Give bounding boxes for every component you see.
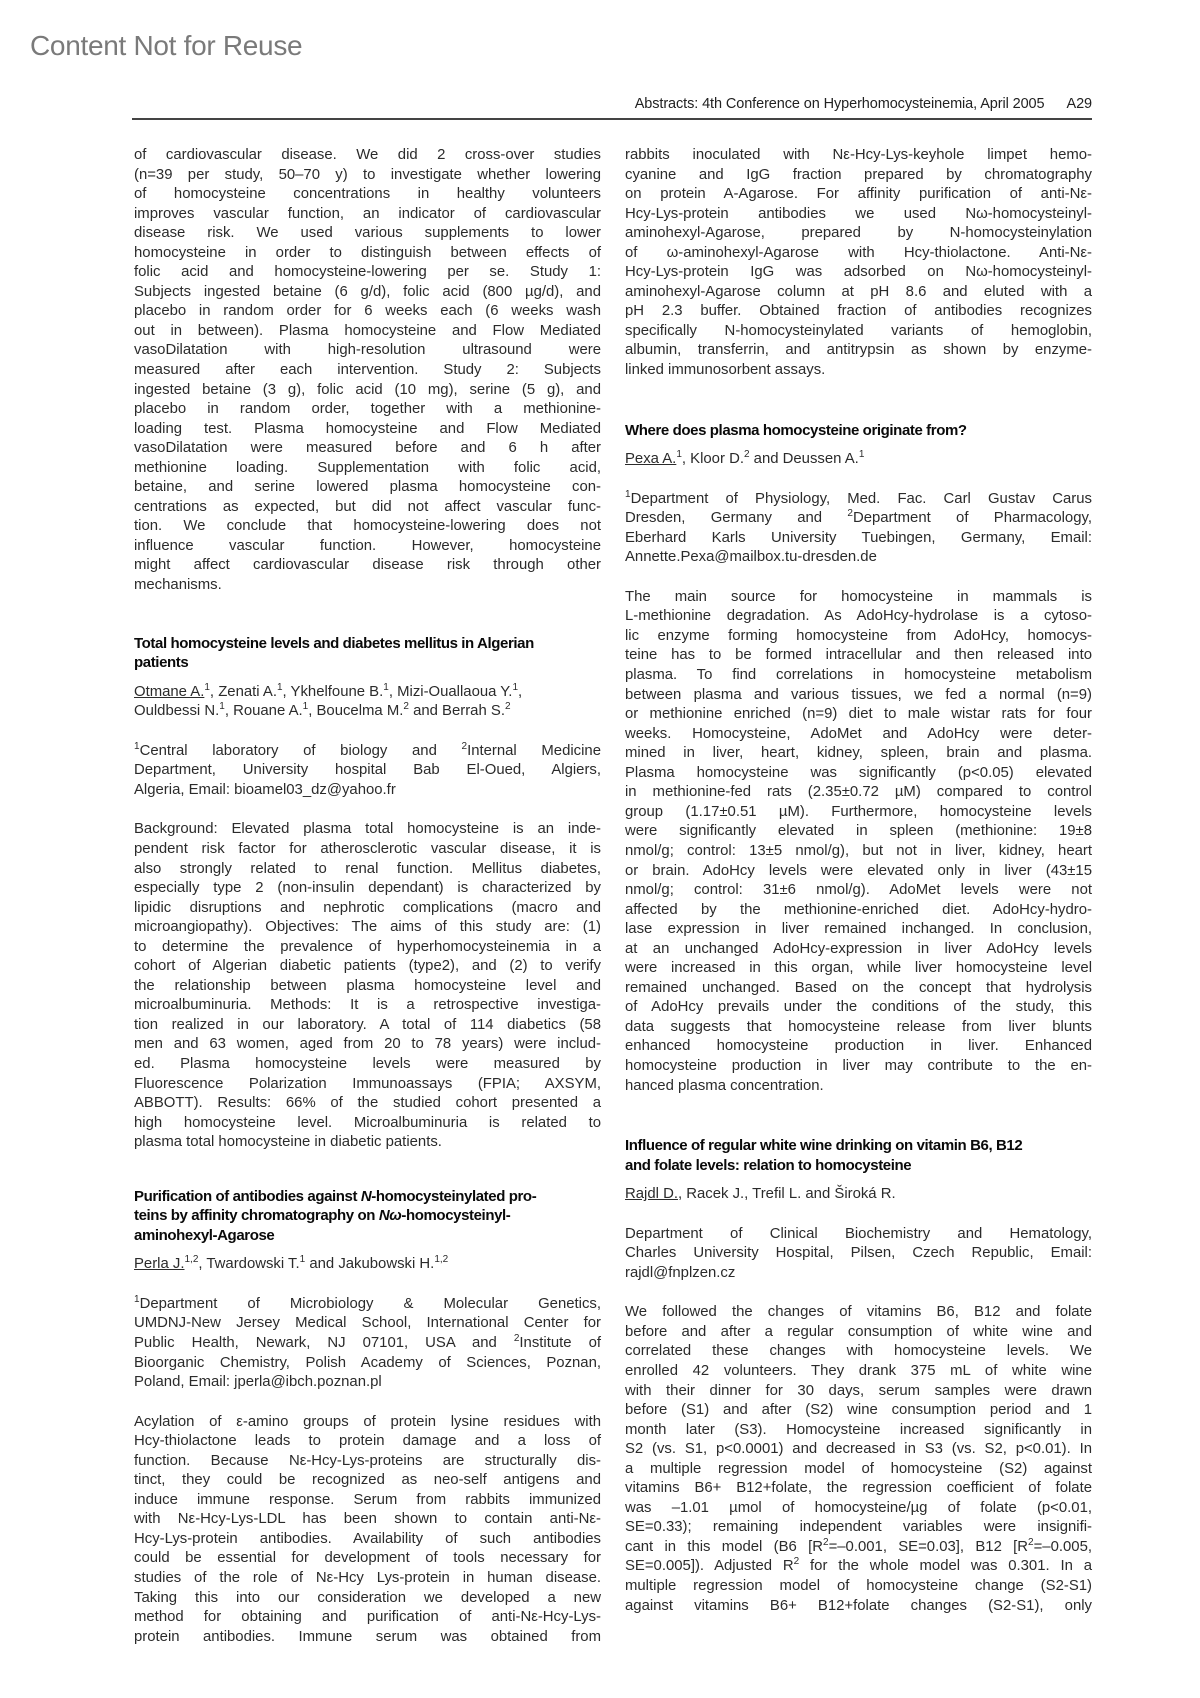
abstract-body: The main source for homocysteine in mamm… <box>625 588 1092 1096</box>
abstract-affiliation: 1Department of Microbiology & Molecular … <box>134 1295 601 1393</box>
text-line: 1Department of Microbiology & Molecular … <box>134 1295 601 1315</box>
text-line: Public Health, Newark, NJ 07101, USA and… <box>134 1334 601 1354</box>
text-line: aminohexyl-Agarose column at pH 8.6 and … <box>625 283 1092 303</box>
text-line: between plasma and various tissues, we f… <box>625 686 1092 706</box>
running-header: Abstracts: 4th Conference on Hyperhomocy… <box>132 96 1092 112</box>
abstract-title: Where does plasma homocysteine originate… <box>625 421 1092 441</box>
presenting-author: Pexa A. <box>625 451 676 467</box>
text-line: induce immune response. Serum from rabbi… <box>134 1491 601 1511</box>
text-line: L-methionine degradation. As AdoHcy-hydr… <box>625 607 1092 627</box>
text-line: Department of Clinical Biochemistry and … <box>625 1225 1092 1245</box>
text-line: of AdoHcy prevails under the conditions … <box>625 998 1092 1018</box>
text-line: or methionine enriched (n=9) diet to mal… <box>625 705 1092 725</box>
text-line: a multiple regression model of homocyste… <box>625 1460 1092 1480</box>
page-number: A29 <box>1067 96 1093 112</box>
text-line: homocysteine production in liver may con… <box>625 1057 1092 1077</box>
text-line: the relationship between plasma homocyst… <box>134 977 601 997</box>
text-line: affected by the methionine-enriched diet… <box>625 901 1092 921</box>
text-line: tion realized in our laboratory. A total… <box>134 1016 601 1036</box>
text-line: influence vascular function. However, ho… <box>134 537 601 557</box>
text-line: rabbits inoculated with Nε-Hcy-Lys-keyho… <box>625 146 1092 166</box>
text-line: method for obtaining and purification of… <box>134 1608 601 1628</box>
text-line: protein antibodies. Immune serum was obt… <box>134 1628 601 1648</box>
text-line: loading test. Plasma homocysteine and Fl… <box>134 420 601 440</box>
text-line: Poland, Email: jperla@ibch.poznan.pl <box>134 1373 601 1393</box>
text-line: especially type 2 (non-insulin dependant… <box>134 879 601 899</box>
presenting-author: Perla J. <box>134 1256 184 1272</box>
text-line: enrolled 42 volunteers. They drank 375 m… <box>625 1362 1092 1382</box>
text-line: S2 (vs. S1, p<0.0001) and decreased in S… <box>625 1440 1092 1460</box>
abstract-authors: Perla J.1,2, Twardowski T.1 and Jakubows… <box>134 1255 601 1275</box>
title-line: Total homocysteine levels and diabetes m… <box>134 634 601 654</box>
abstract-title: Influence of regular white wine drinking… <box>625 1136 1092 1175</box>
left-column: of cardiovascular disease. We did 2 cros… <box>134 146 601 1647</box>
text-line: UMDNJ-New Jersey Medical School, Interna… <box>134 1314 601 1334</box>
continued-abstract-text: of cardiovascular disease. We did 2 cros… <box>134 146 601 596</box>
text-line: were significantly elevated in spleen (m… <box>625 822 1092 842</box>
text-line: function. Because Nε-Hcy-Lys-proteins ar… <box>134 1452 601 1472</box>
text-line: mechanisms. <box>134 576 601 596</box>
text-line: aminohexyl-Agarose, prepared by N-homocy… <box>625 224 1092 244</box>
text-line: plasma total homocysteine in diabetic pa… <box>134 1133 601 1153</box>
text-line: nmol/g; control: 13±5 nmol/g), but not i… <box>625 842 1092 862</box>
text-line: at an unchanged AdoHcy-expression in liv… <box>625 940 1092 960</box>
text-line: disease risk. We used various supplement… <box>134 224 601 244</box>
text-line: Taking this into our consideration we de… <box>134 1589 601 1609</box>
text-line: Fluorescence Polarization Immunoassays (… <box>134 1075 601 1095</box>
text-line: 1Central laboratory of biology and 2Inte… <box>134 742 601 762</box>
text-line: centrations as expected, but did not aff… <box>134 498 601 518</box>
text-line: ABBOTT). Results: 66% of the studied coh… <box>134 1094 601 1114</box>
title-line: aminohexyl-Agarose <box>134 1226 601 1246</box>
title-line: teins by affinity chromatography on Nω-h… <box>134 1206 601 1226</box>
abstract-body: Acylation of ε-amino groups of protein l… <box>134 1413 601 1648</box>
text-line: also strongly related to renal function.… <box>134 860 601 880</box>
text-line: SE=0.005]). Adjusted R2 for the whole mo… <box>625 1557 1092 1577</box>
text-line: improves vascular function, an indicator… <box>134 205 601 225</box>
text-line: before and after a regular consumption o… <box>625 1323 1092 1343</box>
text-line: lic enzyme forming homocysteine from Ado… <box>625 627 1092 647</box>
text-line: Eberhard Karls University Tuebingen, Ger… <box>625 529 1092 549</box>
text-line: cyanine and IgG fraction prepared by chr… <box>625 166 1092 186</box>
title-line: and folate levels: relation to homocyste… <box>625 1156 1092 1176</box>
text-line: studies of the role of Nε-Hcy Lys-protei… <box>134 1569 601 1589</box>
running-title: Abstracts: 4th Conference on Hyperhomocy… <box>635 96 1045 112</box>
text-line: high homocysteine level. Microalbuminuri… <box>134 1114 601 1134</box>
watermark: Content Not for Reuse <box>30 30 302 62</box>
text-line: in methionine-fed rats (2.35±0.72 µM) co… <box>625 783 1092 803</box>
text-line: microangiopathy). Objectives: The aims o… <box>134 918 601 938</box>
abstract-body: Background: Elevated plasma total homocy… <box>134 820 601 1152</box>
text-line: pH 2.3 buffer. Obtained fraction of anti… <box>625 302 1092 322</box>
text-line: Charles University Hospital, Pilsen, Cze… <box>625 1244 1092 1264</box>
text-line: Hcy-Lys-protein antibodies we used Nω-ho… <box>625 205 1092 225</box>
abstract-authors: Otmane A.1, Zenati A.1, Ykhelfoune B.1, … <box>134 683 601 722</box>
text-line: weeks. Homocysteine, AdoMet and AdoHcy w… <box>625 725 1092 745</box>
text-line: Hcy-Lys-protein antibodies. Availability… <box>134 1530 601 1550</box>
text-line: with Nε-Hcy-Lys-LDL has been shown to co… <box>134 1510 601 1530</box>
text-line: methionine loading. Supplementation with… <box>134 459 601 479</box>
presenting-author: Rajdl D. <box>625 1186 678 1202</box>
text-line: vitamins B6+ B12+folate, the regression … <box>625 1479 1092 1499</box>
abstract-affiliation: 1Department of Physiology, Med. Fac. Car… <box>625 490 1092 568</box>
text-line: or brain. AdoHcy levels were elevated on… <box>625 862 1092 882</box>
text-line: to determine the prevalence of hyperhomo… <box>134 938 601 958</box>
text-line: lase expression in liver remained inchan… <box>625 920 1092 940</box>
title-line: Where does plasma homocysteine originate… <box>625 421 1092 441</box>
text-line: placebo in random order for 6 weeks each… <box>134 302 601 322</box>
text-line: out in between). Plasma homocysteine and… <box>134 322 601 342</box>
abstract-authors: Pexa A.1, Kloor D.2 and Deussen A.1 <box>625 450 1092 470</box>
text-line: month later (S3). Homocysteine increased… <box>625 1421 1092 1441</box>
abstract-authors: Rajdl D., Racek J., Trefil L. and Široká… <box>625 1185 1092 1205</box>
text-line: Hcy-thiolactone leads to protein damage … <box>134 1432 601 1452</box>
text-line: were increased in this organ, while live… <box>625 959 1092 979</box>
text-line: vasoDilatation with high-resolution ultr… <box>134 341 601 361</box>
text-line: (n=39 per study, 50–70 y) to investigate… <box>134 166 601 186</box>
text-line: Department, University hospital Bab El-O… <box>134 761 601 781</box>
text-line: microalbuminuria. Methods: It is a retro… <box>134 996 601 1016</box>
text-line: against vitamins B6+ B12+folate changes … <box>625 1597 1092 1617</box>
text-line: Algeria, Email: bioamel03_dz@yahoo.fr <box>134 781 601 801</box>
text-line: mined in liver, heart, kidney, spleen, b… <box>625 744 1092 764</box>
text-line: vasoDilatation were measured before and … <box>134 439 601 459</box>
text-line: cohort of Algerian diabetic patients (ty… <box>134 957 601 977</box>
text-line: could be essential for development of to… <box>134 1549 601 1569</box>
text-line: ed. Plasma homocysteine levels were meas… <box>134 1055 601 1075</box>
text-line: Annette.Pexa@mailbox.tu-dresden.de <box>625 548 1092 568</box>
text-line: correlated these changes with homocystei… <box>625 1342 1092 1362</box>
abstract-affiliation: Department of Clinical Biochemistry and … <box>625 1225 1092 1284</box>
text-line: Hcy-Lys-protein IgG was adsorbed on Nω-h… <box>625 263 1092 283</box>
text-line: on protein A-Agarose. For affinity purif… <box>625 185 1092 205</box>
text-line: remained unchanged. Based on the concept… <box>625 979 1092 999</box>
text-line: homocysteine in order to distinguish bet… <box>134 244 601 264</box>
abstract-affiliation: 1Central laboratory of biology and 2Inte… <box>134 742 601 801</box>
text-line: SE=0.33); remaining independent variable… <box>625 1518 1092 1538</box>
text-line: We followed the changes of vitamins B6, … <box>625 1303 1092 1323</box>
text-line: men and 63 women, aged from 20 to 78 yea… <box>134 1035 601 1055</box>
text-line: data suggests that homocysteine release … <box>625 1018 1092 1038</box>
abstract-body: We followed the changes of vitamins B6, … <box>625 1303 1092 1616</box>
text-line: Background: Elevated plasma total homocy… <box>134 820 601 840</box>
title-line: patients <box>134 653 601 673</box>
abstract-title: Total homocysteine levels and diabetes m… <box>134 634 601 673</box>
presenting-author: Otmane A. <box>134 684 204 700</box>
text-line: tion. We conclude that homocysteine-lowe… <box>134 517 601 537</box>
text-line: teine has to be formed intracellular and… <box>625 646 1092 666</box>
text-line: Plasma homocysteine was significantly (p… <box>625 764 1092 784</box>
text-line: rajdl@fnplzen.cz <box>625 1264 1092 1284</box>
abstract-title: Purification of antibodies against N-hom… <box>134 1187 601 1246</box>
text-line: cant in this model (B6 [R2=–0.001, SE=0.… <box>625 1538 1092 1558</box>
text-line: albumin, transferrin, and antitrypsin as… <box>625 341 1092 361</box>
text-line: of ω-aminohexyl-Agarose with Hcy-thiolac… <box>625 244 1092 264</box>
text-line: Dresden, Germany and 2Department of Phar… <box>625 509 1092 529</box>
text-line: hanced plasma concentration. <box>625 1077 1092 1097</box>
text-line: Subjects ingested betaine (6 g/d), folic… <box>134 283 601 303</box>
text-line: ingested betaine (3 g), folic acid (10 m… <box>134 381 601 401</box>
right-column: rabbits inoculated with Nε-Hcy-Lys-keyho… <box>625 146 1092 1616</box>
text-line: pendent risk factor for atherosclerotic … <box>134 840 601 860</box>
text-line: before (S1) and after (S2) wine consumpt… <box>625 1401 1092 1421</box>
text-line: with their dinner for 30 days, serum sam… <box>625 1382 1092 1402</box>
text-line: of homocysteine concentrations in health… <box>134 185 601 205</box>
continued-abstract-text: rabbits inoculated with Nε-Hcy-Lys-keyho… <box>625 146 1092 381</box>
text-line: Bioorganic Chemistry, Polish Academy of … <box>134 1354 601 1374</box>
text-line: nmol/g; control: 31±6 nmol/g). AdoMet le… <box>625 881 1092 901</box>
text-line: multiple regression model of homocystein… <box>625 1577 1092 1597</box>
text-line: plasma. To find correlations in homocyst… <box>625 666 1092 686</box>
text-line: of cardiovascular disease. We did 2 cros… <box>134 146 601 166</box>
title-line: Purification of antibodies against N-hom… <box>134 1187 601 1207</box>
text-line: linked immunosorbent assays. <box>625 361 1092 381</box>
text-line: group (1.17±0.51 µM). Furthermore, homoc… <box>625 803 1092 823</box>
text-line: measured after each intervention. Study … <box>134 361 601 381</box>
text-line: folic acid and homocysteine-lowering per… <box>134 263 601 283</box>
text-line: specifically N-homocysteinylated variant… <box>625 322 1092 342</box>
text-line: enhanced homocysteine production in live… <box>625 1037 1092 1057</box>
text-line: lipidic disruptions and nephrotic compli… <box>134 899 601 919</box>
text-line: The main source for homocysteine in mamm… <box>625 588 1092 608</box>
text-line: Acylation of ε-amino groups of protein l… <box>134 1413 601 1433</box>
title-line: Influence of regular white wine drinking… <box>625 1136 1092 1156</box>
text-line: tinct, they could be recognized as neo-s… <box>134 1471 601 1491</box>
text-line: 1Department of Physiology, Med. Fac. Car… <box>625 490 1092 510</box>
header-rule <box>132 118 1092 120</box>
text-line: might affect cardiovascular disease risk… <box>134 556 601 576</box>
text-line: betaine, and serine lowered plasma homoc… <box>134 478 601 498</box>
text-line: was –1.01 µmol of homocysteine/µg of fol… <box>625 1499 1092 1519</box>
text-line: placebo in random order, together with a… <box>134 400 601 420</box>
